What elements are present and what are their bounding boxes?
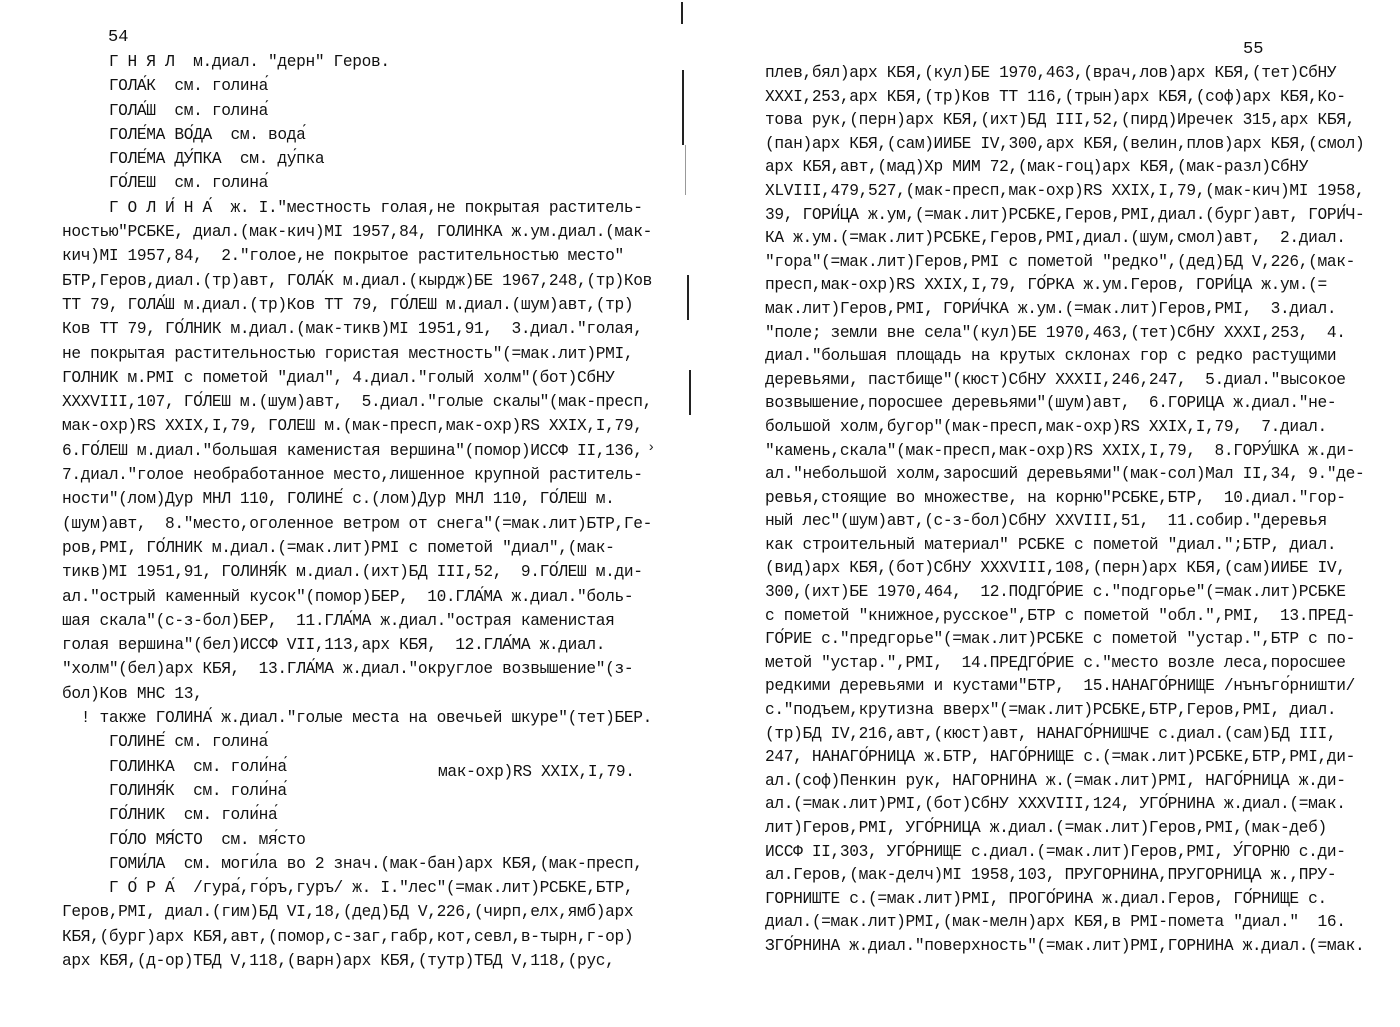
text-line: (пан)арх КБЯ,(сам)ИИБЕ IV,300,арх КБЯ,(в… xyxy=(765,133,1364,157)
text-line: ал.Геров,(мак-делч)MI 1958,103, ПРУГОРНИ… xyxy=(765,864,1364,888)
text-line: ГОЛИНЯ́К см. голи́на́ xyxy=(62,779,652,803)
text-line: арх КБЯ,авт,(мад)Хр МИМ 72,(мак-гоц)арх … xyxy=(765,156,1364,180)
text-line: шая скала"(с-з-бол)БЕР, 11.ГЛА́МА ж.диал… xyxy=(62,609,652,633)
text-line: ГОЛА́К см. голина́ xyxy=(62,74,652,98)
text-line: плев,бял)арх КБЯ,(кул)БЕ 1970,463,(врач,… xyxy=(765,62,1364,86)
text-line: ГОЛА́Ш см. голина́ xyxy=(62,99,652,123)
text-line: ГОРНИШТЕ с.(=мак.лит)PMI, ПРОГО́РИНА ж.д… xyxy=(765,888,1364,912)
text-line: (шум)авт, 8."место,оголенное ветром от с… xyxy=(62,512,652,536)
text-line: ГОЛИНЕ́ см. голина́ xyxy=(62,730,652,754)
text-line: БТР,Геров,диал.(тр)авт, ГОЛА́К м.диал.(к… xyxy=(62,269,652,293)
text-line: ГОЛЕ́МА ДУ́ПКА см. ду́пка xyxy=(62,147,652,171)
gutter-mark xyxy=(682,70,684,145)
gutter-mark xyxy=(685,145,686,195)
text-line: деревьями, пастбище"(кюст)СбНУ XXXII,246… xyxy=(765,369,1364,393)
text-line: как строительный материал" РСБКЕ с помет… xyxy=(765,534,1364,558)
text-line: 39, ГОРИ́ЦА ж.ум,(=мак.лит)РСБКЕ,Геров,P… xyxy=(765,204,1364,228)
text-line: 7.диал."голое необработанное место,лишен… xyxy=(62,463,652,487)
text-line: голая вершина"(бел)ИССФ VII,113,арх КБЯ,… xyxy=(62,633,652,657)
text-line: ности"(лом)Дур МНЛ 110, ГОЛИНЕ́ с.(лом)Д… xyxy=(62,487,652,511)
text-line: ГОМИ́ЛА см. моги́ла во 2 знач.(мак-бан)а… xyxy=(62,852,652,876)
text-line: 6.ГО́ЛЕШ м.диал."большая каменистая верш… xyxy=(62,439,652,463)
gutter-mark xyxy=(689,370,691,415)
text-line: арх КБЯ,(д-ор)ТБД V,118,(варн)арх КБЯ,(т… xyxy=(62,949,652,973)
text-line: ал."небольшой холм,заросший деревьями"(м… xyxy=(765,463,1364,487)
text-line: ГО́ЛЕШ см. голина́ xyxy=(62,171,652,195)
page-number-left: 54 xyxy=(108,28,128,47)
text-line: XXXI,253,арх КБЯ,(тр)Ков ТТ 116,(трын)ар… xyxy=(765,86,1364,110)
text-line: ал.(соф)Пенкин рук, НАГОРНИНА ж.(=мак.ли… xyxy=(765,770,1364,794)
text-line: ал.(=мак.лит)PMI,(бот)СбНУ XXXVIII,124, … xyxy=(765,793,1364,817)
text-line: не покрытая растительностью гористая мес… xyxy=(62,342,652,366)
text-line: ГОЛЕ́МА ВО́ДА см. вода́ xyxy=(62,123,652,147)
text-line: Г О́ Р А́ /гура́,го́ръ,гуръ/ ж. I."лес"(… xyxy=(62,876,652,900)
left-page-text: Г Н Я Л м.диал. "дерн" Геров. ГОЛА́К см.… xyxy=(62,50,652,973)
text-line: ИССФ II,303, УГО́РНИЩЕ с.диал.(=мак.лит)… xyxy=(765,841,1364,865)
text-line: (тр)БД IV,216,авт,(кюст)авт, НАНАГО́РНИШ… xyxy=(765,723,1364,747)
text-line: возвышение,поросшее деревьями"(шум)авт, … xyxy=(765,392,1364,416)
text-line: мак.лит)Геров,PMI, ГОРИ́ЧКА ж.ум.(=мак.л… xyxy=(765,298,1364,322)
text-line: Геров,PMI, диал.(гим)БД VI,18,(дед)БД V,… xyxy=(62,900,652,924)
text-line: диал."большая площадь на крутых склонах … xyxy=(765,345,1364,369)
text-line: XLVIII,479,527,(мак-пресп,мак-охр)RS XXI… xyxy=(765,180,1364,204)
text-line: пресп,мак-охр)RS XXIX,I,79, ГО́РКА ж.ум.… xyxy=(765,274,1364,298)
text-line: редкими деревьями и кустами"БТР, 15.НАНА… xyxy=(765,675,1364,699)
text-line: това рук,(перн)арх КБЯ,(ихт)БД III,52,(п… xyxy=(765,109,1364,133)
page-number-right: 55 xyxy=(1243,40,1263,59)
text-line: ТТ 79, ГОЛА́Ш м.диал.(тр)Ков ТТ 79, ГО́Л… xyxy=(62,293,652,317)
text-line: 300,(ихт)БЕ 1970,464, 12.ПОДГО́РИЕ с."по… xyxy=(765,581,1364,605)
text-line: КБЯ,(бург)арх КБЯ,авт,(помор,с-заг,габр,… xyxy=(62,925,652,949)
text-line: с пометой "книжное,русское",БТР с помето… xyxy=(765,605,1364,629)
right-page: 55 плев,бял)арх КБЯ,(кул)БЕ 1970,463,(вр… xyxy=(700,0,1400,1027)
text-line: бол)Ков МНС 13, xyxy=(62,682,652,706)
text-line: Г Н Я Л м.диал. "дерн" Геров. xyxy=(62,50,652,74)
text-line: тикв)MI 1951,91, ГОЛИНЯ́К м.диал.(ихт)БД… xyxy=(62,560,652,584)
text-line: мак-охр)RS XXIX,I,79, ГОЛЕШ м.(мак-пресп… xyxy=(62,414,652,438)
left-page: 54 Г Н Я Л м.диал. "дерн" Геров. ГОЛА́К … xyxy=(0,0,680,1027)
text-line: ный лес"(шум)авт,(с-з-бол)СбНУ XXVIII,51… xyxy=(765,510,1364,534)
text-line: ГО́ЛО МЯ́СТО см. мя́сто xyxy=(62,828,652,852)
text-line: ГО́ЛНИК см. голи́на́ xyxy=(62,803,652,827)
text-line: с."подъем,крутизна вверх"(=мак.лит)РСБКЕ… xyxy=(765,699,1364,723)
text-line: ! также ГОЛИНА́ ж.диал."голые места на о… xyxy=(62,706,652,730)
right-page-text: плев,бял)арх КБЯ,(кул)БЕ 1970,463,(врач,… xyxy=(765,62,1364,959)
text-line: "гора"(=мак.лит)Геров,PMI с пометой "ред… xyxy=(765,251,1364,275)
text-line: (вид)арх КБЯ,(бот)СбНУ XXXVIII,108,(перн… xyxy=(765,557,1364,581)
text-line: XXXVIII,107, ГО́ЛЕШ м.(шум)авт, 5.диал."… xyxy=(62,390,652,414)
text-line: ГОЛНИК м.PMI с пометой "диал", 4.диал."г… xyxy=(62,366,652,390)
text-line: ревья,стоящие во множестве, на корню"РСБ… xyxy=(765,487,1364,511)
text-line: кич)MI 1957,84, 2."голое,не покрытое рас… xyxy=(62,244,652,268)
text-line: "камень,скала"(мак-пресп,мак-охр)RS XXIX… xyxy=(765,440,1364,464)
text-line: Г О Л И́ Н А́ ж. I."местность голая,не п… xyxy=(62,196,652,220)
text-line: "поле; земли вне села"(кул)БЕ 1970,463,(… xyxy=(765,322,1364,346)
scan-speck: › xyxy=(647,440,655,456)
text-line: ГО́РИЕ с."предгорье"(=мак.лит)РСБКЕ с по… xyxy=(765,628,1364,652)
text-line: "холм"(бел)арх КБЯ, 13.ГЛА́МА ж.диал."ок… xyxy=(62,657,652,681)
text-line: лит)Геров,PMI, УГО́РНИЦА ж.диал.(=мак.ли… xyxy=(765,817,1364,841)
inserted-line: мак-охр)RS XXIX,I,79. xyxy=(438,763,635,781)
text-line: метой "устар.",PMI, 14.ПРЕДГО́РИЕ с."мес… xyxy=(765,652,1364,676)
text-line: ров,PMI, ГО́ЛНИК м.диал.(=мак.лит)PMI с … xyxy=(62,536,652,560)
text-line: большой холм,бугор"(мак-пресп,мак-охр)RS… xyxy=(765,416,1364,440)
text-line: Ков ТТ 79, ГО́ЛНИК м.диал.(мак-тикв)MI 1… xyxy=(62,317,652,341)
text-line: диал.(=мак.лит)PMI,(мак-мелн)арх КБЯ,в P… xyxy=(765,911,1364,935)
text-line: КА ж.ум.(=мак.лит)РСБКЕ,Геров,PMI,диал.(… xyxy=(765,227,1364,251)
text-line: ностью"РСБКЕ, диал.(мак-кич)MI 1957,84, … xyxy=(62,220,652,244)
gutter-mark xyxy=(681,2,683,24)
text-line: ал."острый каменный кусок"(помор)БЕР, 10… xyxy=(62,585,652,609)
text-line: 247, НАНАГО́РНИЦА ж.БТР, НАГО́РНИЩЕ с.(=… xyxy=(765,746,1364,770)
text-line: ЗГО́РНИНА ж.диал."поверхность"(=мак.лит)… xyxy=(765,935,1364,959)
gutter-mark xyxy=(687,275,689,320)
